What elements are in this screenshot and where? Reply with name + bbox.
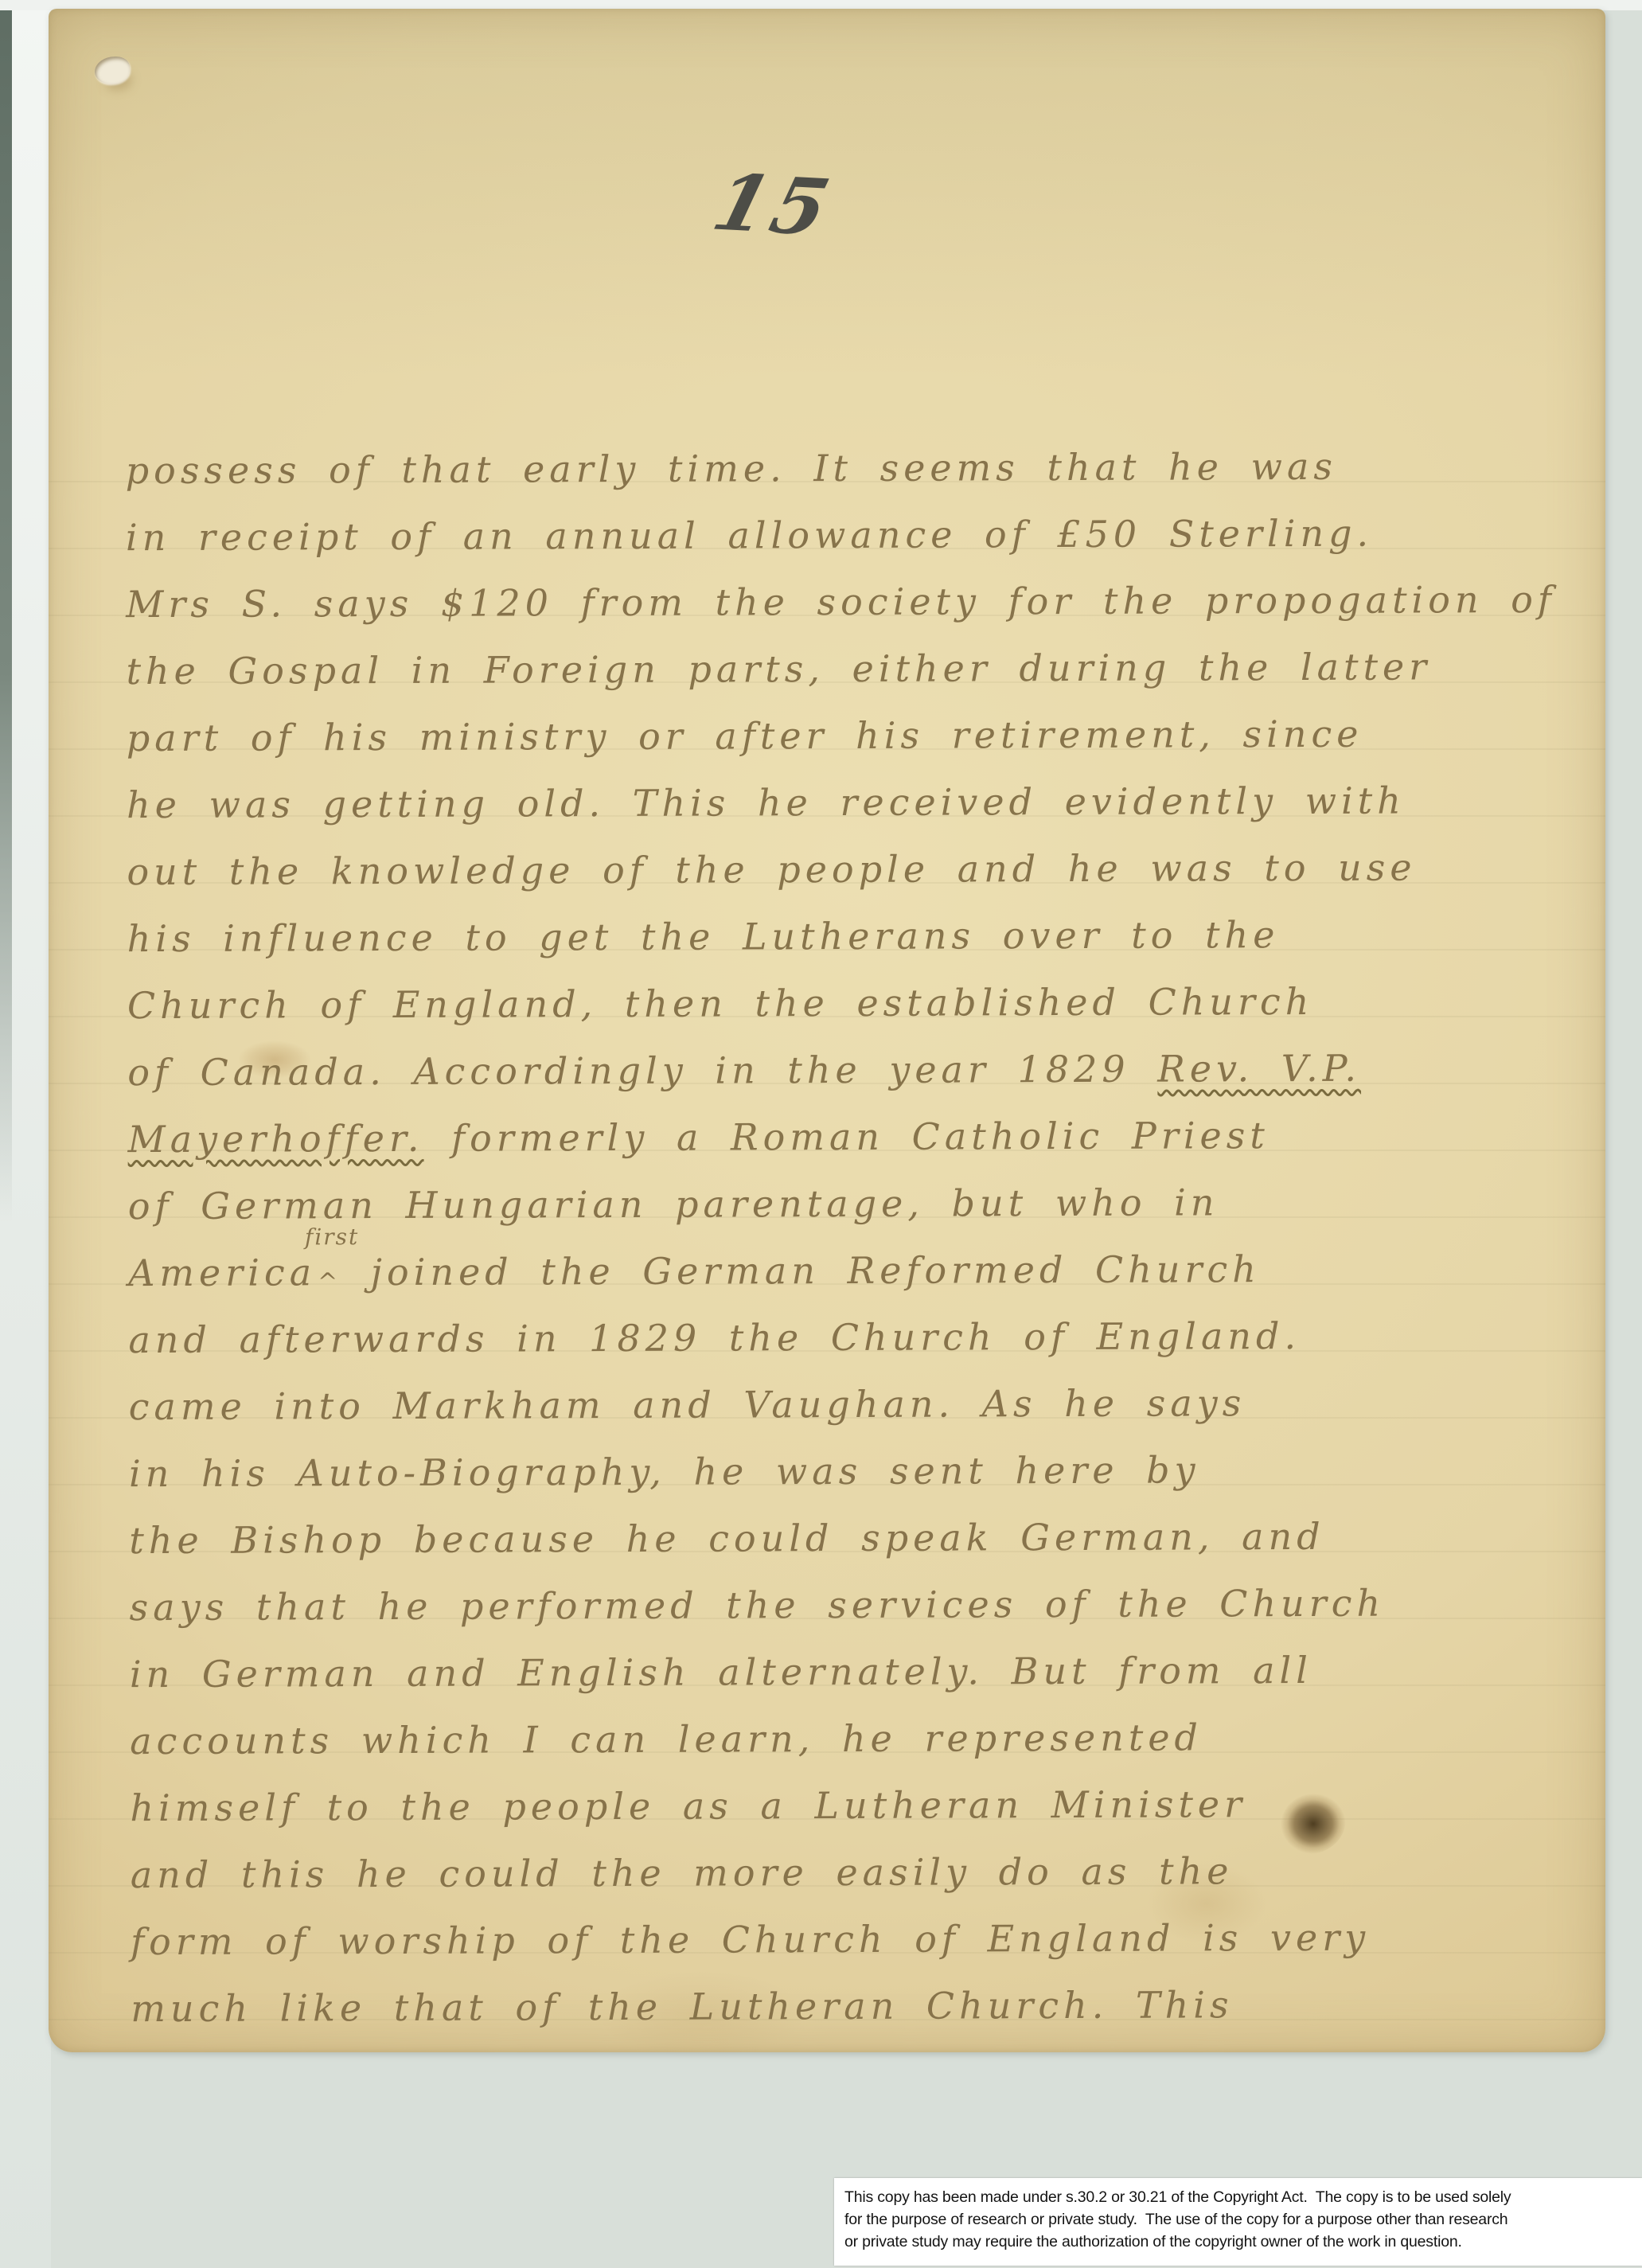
- scanner-edge-shadow: [0, 0, 12, 1224]
- manuscript-line: Americafirst^ joined the German Reformed…: [128, 1235, 1561, 1306]
- caret-mark: ^: [318, 1271, 342, 1294]
- line-text: joined the German Reformed Church: [343, 1247, 1261, 1294]
- manuscript-line: Mayerhoffer. formerly a Roman Catholic P…: [127, 1101, 1560, 1173]
- manuscript-line: out the knowledge of the people and he w…: [127, 833, 1559, 905]
- line-text: in receipt of an annual allowance of £50…: [126, 512, 1373, 559]
- manuscript-page: 15 possess of that early time. It seems …: [49, 9, 1605, 2052]
- manuscript-line: in receipt of an annual allowance of £50…: [126, 499, 1558, 571]
- line-text: and this he could the more easily do as …: [131, 1849, 1234, 1896]
- manuscript-line: his influence to get the Lutherans over …: [127, 900, 1560, 972]
- line-text: Mrs S. says $120 from the society for th…: [126, 578, 1556, 626]
- line-text: formerly a Roman Catholic Priest: [423, 1114, 1270, 1160]
- manuscript-line: part of his ministry or after his retire…: [127, 700, 1559, 771]
- manuscript-line: he was getting old. This he received evi…: [127, 767, 1559, 838]
- manuscript-line: himself to the people as a Lutheran Mini…: [130, 1770, 1562, 1841]
- manuscript-line: and this he could the more easily do as …: [131, 1837, 1563, 1908]
- line-text: part of his ministry or after his retire…: [127, 712, 1363, 759]
- manuscript-line: says that he performed the services of t…: [129, 1569, 1562, 1641]
- underlined-text: Mayerhoffer.: [127, 1117, 423, 1161]
- line-text: of German Hungarian parentage, but who i…: [128, 1181, 1219, 1228]
- manuscript-line: the Bishop because he could speak German…: [129, 1502, 1562, 1574]
- line-text: in his Auto-Biography, he was sent here …: [129, 1448, 1200, 1495]
- manuscript-line: form of worship of the Church of England…: [131, 1903, 1563, 1975]
- line-text: he was getting old. This he received evi…: [127, 779, 1406, 827]
- manuscript-line: Mrs S. says $120 from the society for th…: [126, 566, 1558, 638]
- line-text: accounts which I can learn, he represent…: [130, 1716, 1203, 1762]
- line-text: came into Markham and Vaughan. As he say…: [129, 1381, 1246, 1428]
- manuscript-line: much like that of the Lutheran Church. T…: [131, 1970, 1563, 2042]
- copyright-notice-line: or private study may require the authori…: [844, 2231, 1642, 2253]
- line-text: himself to the people as a Lutheran Mini…: [130, 1782, 1246, 1829]
- line-text: America: [128, 1251, 316, 1294]
- line-text: the Bishop because he could speak German…: [129, 1515, 1324, 1562]
- manuscript-line: the Gospal in Foreign parts, either duri…: [126, 633, 1558, 705]
- inserted-word: first: [305, 1226, 359, 1248]
- scanned-document-view: { "document": { "page_number": "15", "co…: [0, 0, 1642, 2268]
- line-text: and afterwards in 1829 the Church of Eng…: [128, 1314, 1301, 1361]
- manuscript-line: possess of that early time. It seems tha…: [125, 432, 1558, 504]
- line-text: form of worship of the Church of England…: [131, 1916, 1370, 1963]
- copyright-notice-line: This copy has been made under s.30.2 or …: [844, 2186, 1642, 2208]
- line-text: says that he performed the services of t…: [130, 1582, 1386, 1630]
- manuscript-line: accounts which I can learn, he represent…: [130, 1703, 1562, 1774]
- line-text: Church of England, then the established …: [127, 980, 1314, 1027]
- copyright-notice-line: for the purpose of research or private s…: [844, 2208, 1642, 2231]
- line-text: the Gospal in Foreign parts, either duri…: [126, 645, 1431, 693]
- manuscript-line: of Canada. Accordingly in the year 1829 …: [127, 1034, 1560, 1106]
- caret-insertion: first^: [316, 1277, 343, 1285]
- manuscript-line: in his Auto-Biography, he was sent here …: [129, 1435, 1562, 1507]
- manuscript-line: and afterwards in 1829 the Church of Eng…: [128, 1302, 1561, 1373]
- manuscript-line: Church of England, then the established …: [127, 967, 1560, 1039]
- copyright-notice: This copy has been made under s.30.2 or …: [834, 2178, 1642, 2266]
- manuscript-line: came into Markham and Vaughan. As he say…: [129, 1368, 1562, 1440]
- underlined-text: Rev. V.P.: [1157, 1047, 1361, 1091]
- paper-hole: [95, 57, 130, 84]
- line-text: out the knowledge of the people and he w…: [127, 845, 1416, 893]
- page-number: 15: [704, 157, 843, 252]
- line-text: much like that of the Lutheran Church. T…: [131, 1983, 1233, 2030]
- line-text: in German and English alternately. But f…: [130, 1649, 1312, 1696]
- manuscript-text: possess of that early time. It seems tha…: [125, 432, 1563, 2042]
- line-text: of Canada. Accordingly in the year 1829: [127, 1048, 1157, 1095]
- line-text: possess of that early time. It seems tha…: [126, 445, 1338, 492]
- line-text: his influence to get the Lutherans over …: [127, 913, 1280, 960]
- manuscript-line: in German and English alternately. But f…: [130, 1636, 1562, 1708]
